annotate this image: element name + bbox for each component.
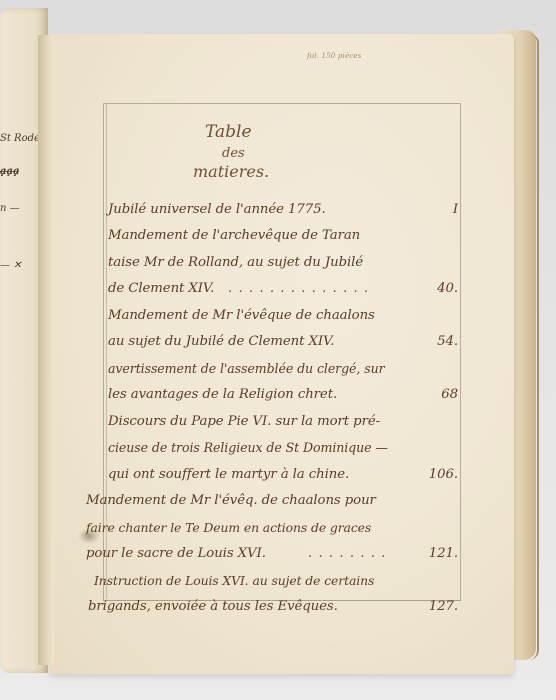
toc-entry-page: 121.	[429, 546, 458, 561]
left-page-note-2: ḁ̶ḁ̶ḁ̶	[0, 166, 19, 177]
toc-entry-text: Jubilé universel de l'année 1775.	[108, 202, 326, 217]
toc-entry-text: qui ont souffert le martyr à la chine.	[108, 467, 349, 482]
toc-entry-text: Mandement de l'archevêque de Taran	[108, 228, 360, 243]
toc-entry-text: Mandement de Mr l'évêq. de chaalons pour	[86, 493, 376, 508]
table-of-contents: Jubilé universel de l'année 1775. I Mand…	[108, 195, 460, 619]
toc-entry-text: Discours du Pape Pie VI. sur la mort pré…	[108, 414, 380, 429]
pencil-annotation: fol. 150 pièces	[307, 52, 362, 60]
leader-dots: . . . . . . . . . . . . . .	[228, 281, 369, 296]
toc-entry-text: brigands, envoiée à tous les Evêques.	[88, 599, 338, 614]
toc-entry: Jubilé universel de l'année 1775. I	[108, 195, 460, 222]
toc-entry-continued: de Clement XIV. . . . . . . . . . . . . …	[108, 275, 460, 302]
toc-entry-page: I	[453, 202, 458, 217]
toc-entry: Instruction de Louis XVI. au sujet de ce…	[108, 566, 460, 593]
heading-table: Table	[205, 124, 252, 141]
toc-entry: Mandement de l'archevêque de Taran	[108, 222, 460, 249]
toc-entry-page: 40.	[437, 281, 458, 296]
left-page-note-4: — ✕	[0, 260, 22, 271]
toc-entry-page: 54.	[437, 334, 458, 349]
toc-entry-continued: taise Mr de Rolland, au sujet du Jubilé	[108, 248, 460, 275]
left-page-note-3: n —	[0, 203, 20, 214]
toc-entry-continued: les avantages de la Religion chret. 68	[108, 381, 460, 408]
toc-entry-text: de Clement XIV.	[108, 281, 214, 296]
toc-entry-continued: au sujet du Jubilé de Clement XIV. 54.	[108, 328, 460, 355]
toc-entry-text: au sujet du Jubilé de Clement XIV.	[108, 334, 334, 349]
heading-matieres: matieres.	[193, 164, 269, 180]
toc-entry-text: Instruction de Louis XVI. au sujet de ce…	[94, 573, 374, 588]
left-page-note-1: St Rode	[0, 133, 40, 144]
toc-entry: Discours du Pape Pie VI. sur la mort pré…	[108, 407, 460, 434]
toc-entry-text: avertissement de l'assemblée du clergé, …	[108, 361, 385, 376]
toc-entry-page: 106.	[429, 467, 458, 482]
toc-entry-continued: cieuse de trois Religieux de St Dominiqu…	[108, 434, 460, 461]
toc-entry-continued: qui ont souffert le martyr à la chine. 1…	[108, 460, 460, 487]
toc-entry-continued: pour le sacre de Louis XVI. . . . . . . …	[108, 540, 460, 567]
toc-entry-continued: brigands, envoiée à tous les Evêques. 12…	[108, 593, 460, 620]
toc-entry: Mandement de Mr l'évêq. de chaalons pour	[108, 487, 460, 514]
toc-entry-continued: faire chanter le Te Deum en actions de g…	[108, 513, 460, 540]
toc-entry-text: taise Mr de Rolland, au sujet du Jubilé	[108, 255, 363, 270]
toc-entry-text: Mandement de Mr l'évêque de chaalons	[108, 308, 375, 323]
book-gutter	[38, 35, 54, 665]
toc-entry-text: cieuse de trois Religieux de St Dominiqu…	[108, 440, 388, 455]
toc-entry-text: faire chanter le Te Deum en actions de g…	[86, 520, 371, 535]
toc-entry-text: les avantages de la Religion chret.	[108, 387, 337, 402]
page-block-edge-lines	[510, 35, 539, 660]
heading-des: des	[222, 147, 245, 160]
leader-dots: . . . . . . . .	[308, 546, 386, 561]
toc-entry: avertissement de l'assemblée du clergé, …	[108, 354, 460, 381]
toc-entry: Mandement de Mr l'évêque de chaalons	[108, 301, 460, 328]
toc-entry-page: 68	[441, 387, 458, 402]
toc-entry-text: pour le sacre de Louis XVI.	[86, 546, 266, 561]
toc-entry-page: 127.	[429, 599, 458, 614]
